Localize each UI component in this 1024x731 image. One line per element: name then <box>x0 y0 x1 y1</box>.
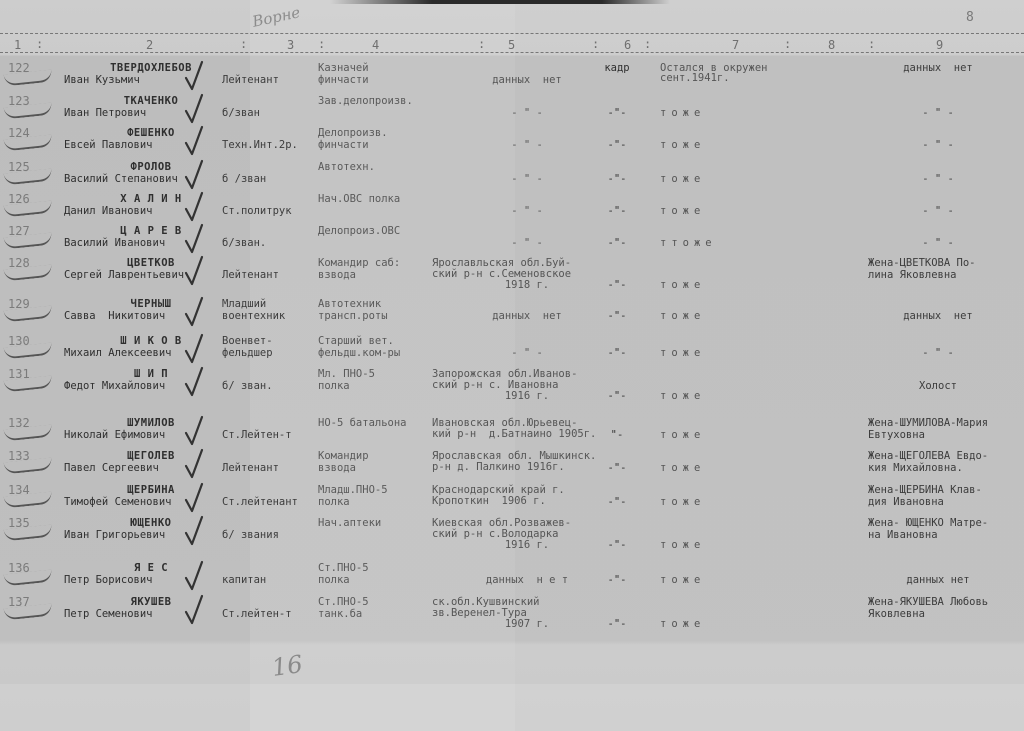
fate-line: тоже <box>660 310 705 322</box>
given-name: Иван Петрович <box>64 107 146 119</box>
position-line: Казначей <box>318 62 369 74</box>
fate-line: тоже <box>660 139 705 151</box>
fate-line: тоже <box>660 429 705 441</box>
checkmark-icon <box>183 223 205 255</box>
column-header: 1 <box>14 38 21 52</box>
military-rank: Ст.лейтен-т <box>222 608 292 620</box>
military-rank: б/зван <box>222 107 260 119</box>
position-line: Делопроиз.ОВС <box>318 225 400 237</box>
given-name: Петр Борисович <box>64 574 153 586</box>
position-line: полка <box>318 496 350 508</box>
military-rank: Ст.лейтенант <box>222 496 298 508</box>
birthplace-line: Кропоткин 1906 г. <box>432 495 622 507</box>
military-rank: Лейтенант <box>222 74 279 86</box>
relatives-line: Жена-ЩЕРБИНА Клав- <box>868 484 1008 496</box>
position-line: танк.ба <box>318 608 362 620</box>
given-name: Иван Кузьмич <box>64 74 140 86</box>
position-line: Старший вет. <box>318 335 394 347</box>
position-line: НО-5 батальона <box>318 417 407 429</box>
relatives-line: Холост <box>868 380 1008 392</box>
status-column-6: -"- <box>600 173 634 185</box>
given-name: Василий Иванович <box>64 237 165 249</box>
relatives-line: лина Яковлевна <box>868 269 1008 281</box>
given-name: Савва Никитович <box>64 310 165 322</box>
position-line: Автотехн. <box>318 161 375 173</box>
position-line: Младш.ПНО-5 <box>318 484 388 496</box>
relatives-line: - " - <box>868 139 1008 151</box>
position-line: Ст.ПНО-5 <box>318 562 369 574</box>
fate-line: тоже <box>660 107 705 119</box>
birthplace-line: 1918 г. <box>432 279 622 291</box>
fate-line: тоже <box>660 390 705 402</box>
position-line: финчасти <box>318 139 369 151</box>
military-rank: б /зван <box>222 173 266 185</box>
fate-line: сент.1941г. <box>660 72 730 84</box>
status-column-6: -"- <box>600 310 634 322</box>
position-line: взвода <box>318 462 356 474</box>
military-rank: Ст.Лейтен-т <box>222 429 292 441</box>
checkmark-icon <box>183 296 205 328</box>
relatives-line: - " - <box>868 347 1008 359</box>
fate-line: тоже <box>660 347 705 359</box>
status-column-6: -"- <box>600 279 634 291</box>
fate-line: тоже <box>660 618 705 630</box>
relatives-line: - " - <box>868 173 1008 185</box>
checkmark-icon <box>183 159 205 191</box>
fate-line: тоже <box>660 173 705 185</box>
status-column-6: -"- <box>600 496 634 508</box>
column-header: 4 <box>372 38 379 52</box>
position-line: полка <box>318 380 350 392</box>
document-sheet: Ворне 8 123456789:::::::: 122ТВЕРДОХЛЕБО… <box>0 0 1024 731</box>
handwritten-margin-note: 16 <box>270 650 304 682</box>
relatives-line: Жена-ЯКУШЕВА Любовь <box>868 596 1008 608</box>
status-column-6: "- <box>600 429 634 441</box>
given-name: Евсей Павлович <box>64 139 153 151</box>
relatives-line: кия Михайловна. <box>868 462 1008 474</box>
column-separator: : <box>868 37 875 51</box>
column-separator: : <box>592 37 599 51</box>
status-column-6: -"- <box>600 205 634 217</box>
position-line: полка <box>318 574 350 586</box>
relatives-line: данных нет <box>868 62 1008 74</box>
checkmark-icon <box>183 482 205 514</box>
birthplace-line: р-н д. Палкино 1916г. <box>432 461 622 473</box>
relatives-line: - " - <box>868 237 1008 249</box>
birthplace-line: 1916 г. <box>432 539 622 551</box>
checkmark-icon <box>183 415 205 447</box>
relatives-line: - " - <box>868 205 1008 217</box>
military-rank: Лейтенант <box>222 462 279 474</box>
column-header: 8 <box>828 38 835 52</box>
column-separator: : <box>784 37 791 51</box>
status-column-6: -"- <box>600 462 634 474</box>
status-column-6: -"- <box>600 574 634 586</box>
status-column-6: -"- <box>600 107 634 119</box>
position-line: финчасти <box>318 74 369 86</box>
given-name: Михаил Алексеевич <box>64 347 171 359</box>
handwritten-signature: Ворне <box>251 3 302 31</box>
birthplace-line: - " - <box>432 139 622 151</box>
relatives-line: на Ивановна <box>868 529 1008 541</box>
fate-line: тоже <box>660 574 705 586</box>
birthplace-line: данных н е т <box>432 574 622 586</box>
position-line: Зав.делопроизв. <box>318 95 413 107</box>
birthplace-line: данных нет <box>432 310 622 322</box>
header-rule-bottom <box>0 52 1024 53</box>
military-rank: б/зван. <box>222 237 266 249</box>
relatives-line: Евтуховна <box>868 429 1008 441</box>
status-column-6: -"- <box>600 139 634 151</box>
status-column-6: -"- <box>600 539 634 551</box>
fate-line: тоже <box>660 279 705 291</box>
column-header: 6 <box>624 38 631 52</box>
column-separator: : <box>644 37 651 51</box>
given-name: Василий Степанович <box>64 173 178 185</box>
relatives-line: Жена-ЦВЕТКОВА По- <box>868 257 1008 269</box>
checkmark-icon <box>183 515 205 547</box>
checkmark-icon <box>183 594 205 626</box>
birthplace-line: - " - <box>432 237 622 249</box>
birthplace-line: 1907 г. <box>432 618 622 630</box>
military-rank: Ст.политрук <box>222 205 292 217</box>
given-name: Иван Григорьевич <box>64 529 165 541</box>
column-header: 9 <box>936 38 943 52</box>
position-line: трансп.роты <box>318 310 388 322</box>
birthplace-line: - " - <box>432 107 622 119</box>
position-line: Нач.аптеки <box>318 517 381 529</box>
checkmark-icon <box>183 60 205 92</box>
checkmark-icon <box>183 93 205 125</box>
given-name: Федот Михайлович <box>64 380 165 392</box>
relatives-line: Жена- ЮЩЕНКО Матре- <box>868 517 1008 529</box>
birthplace-line: данных нет <box>432 74 622 86</box>
status-column-6: -"- <box>600 347 634 359</box>
birthplace-line: - " - <box>432 205 622 217</box>
position-line: взвода <box>318 269 356 281</box>
given-name: Данил Иванович <box>64 205 153 217</box>
given-name: Николай Ефимович <box>64 429 165 441</box>
position-line: Делопроизв. <box>318 127 388 139</box>
position-line: Командир саб: <box>318 257 400 269</box>
given-name: Павел Сергеевич <box>64 462 159 474</box>
checkmark-icon <box>183 333 205 365</box>
given-name: Сергей Лаврентьевич <box>64 269 184 281</box>
military-rank: Военвет- фельдшер <box>222 335 273 359</box>
column-header: 2 <box>146 38 153 52</box>
fate-line: тоже <box>660 496 705 508</box>
checkmark-icon <box>183 366 205 398</box>
military-rank: Младший воентехник <box>222 298 285 322</box>
relatives-line: дия Ивановна <box>868 496 1008 508</box>
military-rank: капитан <box>222 574 266 586</box>
checkmark-icon <box>183 448 205 480</box>
column-header: 5 <box>508 38 515 52</box>
position-line: фельдш.ком-ры <box>318 347 400 359</box>
birthplace-line: - " - <box>432 173 622 185</box>
military-rank: Техн.Инт.2р. <box>222 139 298 151</box>
military-rank: б/ звания <box>222 529 279 541</box>
relatives-line: данных нет <box>868 574 1008 586</box>
status-column-6: -"- <box>600 390 634 402</box>
status-column-6: кадр <box>600 62 634 74</box>
relatives-line: - " - <box>868 107 1008 119</box>
relatives-line: Жена-ЩЕГОЛЕВА Евдо- <box>868 450 1008 462</box>
birthplace-line: - " - <box>432 347 622 359</box>
given-name: Тимофей Семенович <box>64 496 171 508</box>
paper-fold <box>0 684 1024 731</box>
fate-line: тоже <box>660 462 705 474</box>
position-line: Ст.ПНО-5 <box>318 596 369 608</box>
status-column-6: -"- <box>600 618 634 630</box>
military-rank: Лейтенант <box>222 269 279 281</box>
relatives-line: данных нет <box>868 310 1008 322</box>
scan-edge-shadow <box>330 0 670 4</box>
column-separator: : <box>478 37 485 51</box>
column-header: 7 <box>732 38 739 52</box>
checkmark-icon <box>183 560 205 592</box>
header-rule-top <box>0 33 1024 34</box>
checkmark-icon <box>183 191 205 223</box>
column-separator: : <box>36 37 43 51</box>
birthplace-line: кий р-н д.Батнаино 1905г. <box>432 428 622 440</box>
relatives-line: Жена-ШУМИЛОВА-Мария <box>868 417 1008 429</box>
column-separator: : <box>318 37 325 51</box>
fate-line: тоже <box>660 205 705 217</box>
column-header: 3 <box>287 38 294 52</box>
fate-line: ттоже <box>660 237 717 249</box>
column-separator: : <box>240 37 247 51</box>
given-name: Петр Семенович <box>64 608 153 620</box>
birthplace-line: 1916 г. <box>432 390 622 402</box>
checkmark-icon <box>183 125 205 157</box>
position-line: Нач.ОВС полка <box>318 193 400 205</box>
position-line: Мл. ПНО-5 <box>318 368 375 380</box>
checkmark-icon <box>183 255 205 287</box>
position-line: Командир <box>318 450 369 462</box>
status-column-6: -"- <box>600 237 634 249</box>
military-rank: б/ зван. <box>222 380 273 392</box>
page-number: 8 <box>966 10 974 25</box>
relatives-line: Яковлевна <box>868 608 1008 620</box>
fate-line: тоже <box>660 539 705 551</box>
position-line: Автотехник <box>318 298 381 310</box>
